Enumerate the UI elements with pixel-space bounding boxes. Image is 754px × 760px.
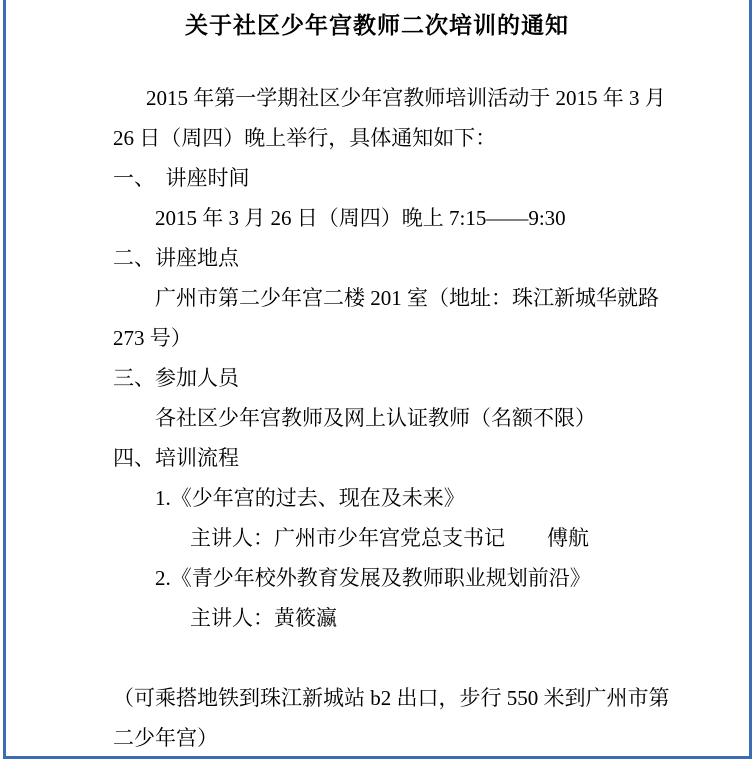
section-content-location-line-1: 广州市第二少年宫二楼 201 室（地址：珠江新城华就路 xyxy=(113,278,705,318)
footnote-line-2: 二少年宫） xyxy=(113,718,705,758)
section-content-participants: 各社区少年宫教师及网上认证教师（名额不限） xyxy=(113,398,705,438)
agenda-item-1-speaker: 主讲人：广州市少年宫党总支书记 傅航 xyxy=(113,518,705,558)
intro-line-1: 2015 年第一学期社区少年宫教师培训活动于 2015 年 3 月 xyxy=(113,78,705,118)
agenda-item-2-title: 2.《青少年校外教育发展及教师职业规划前沿》 xyxy=(113,558,705,598)
section-heading-participants: 三、参加人员 xyxy=(113,358,705,398)
agenda-item-2-speaker: 主讲人：黄筱瀛 xyxy=(113,598,705,638)
document-body: 2015 年第一学期社区少年宫教师培训活动于 2015 年 3 月 26 日（周… xyxy=(113,78,705,758)
document-page: 关于社区少年宫教师二次培训的通知 2015 年第一学期社区少年宫教师培训活动于 … xyxy=(0,0,754,760)
document-title: 关于社区少年宫教师二次培训的通知 xyxy=(0,0,754,40)
intro-line-2: 26 日（周四）晚上举行，具体通知如下： xyxy=(113,118,705,158)
section-heading-time: 一、 讲座时间 xyxy=(113,158,705,198)
agenda-item-1-title: 1.《少年宫的过去、现在及未来》 xyxy=(113,478,705,518)
footnote-line-1: （可乘搭地铁到珠江新城站 b2 出口，步行 550 米到广州市第 xyxy=(113,678,705,718)
blank-line xyxy=(113,638,705,678)
section-content-location-line-2: 273 号） xyxy=(113,318,705,358)
section-heading-agenda: 四、培训流程 xyxy=(113,438,705,478)
section-heading-location: 二、讲座地点 xyxy=(113,238,705,278)
section-content-time: 2015 年 3 月 26 日（周四）晚上 7:15——9:30 xyxy=(113,198,705,238)
